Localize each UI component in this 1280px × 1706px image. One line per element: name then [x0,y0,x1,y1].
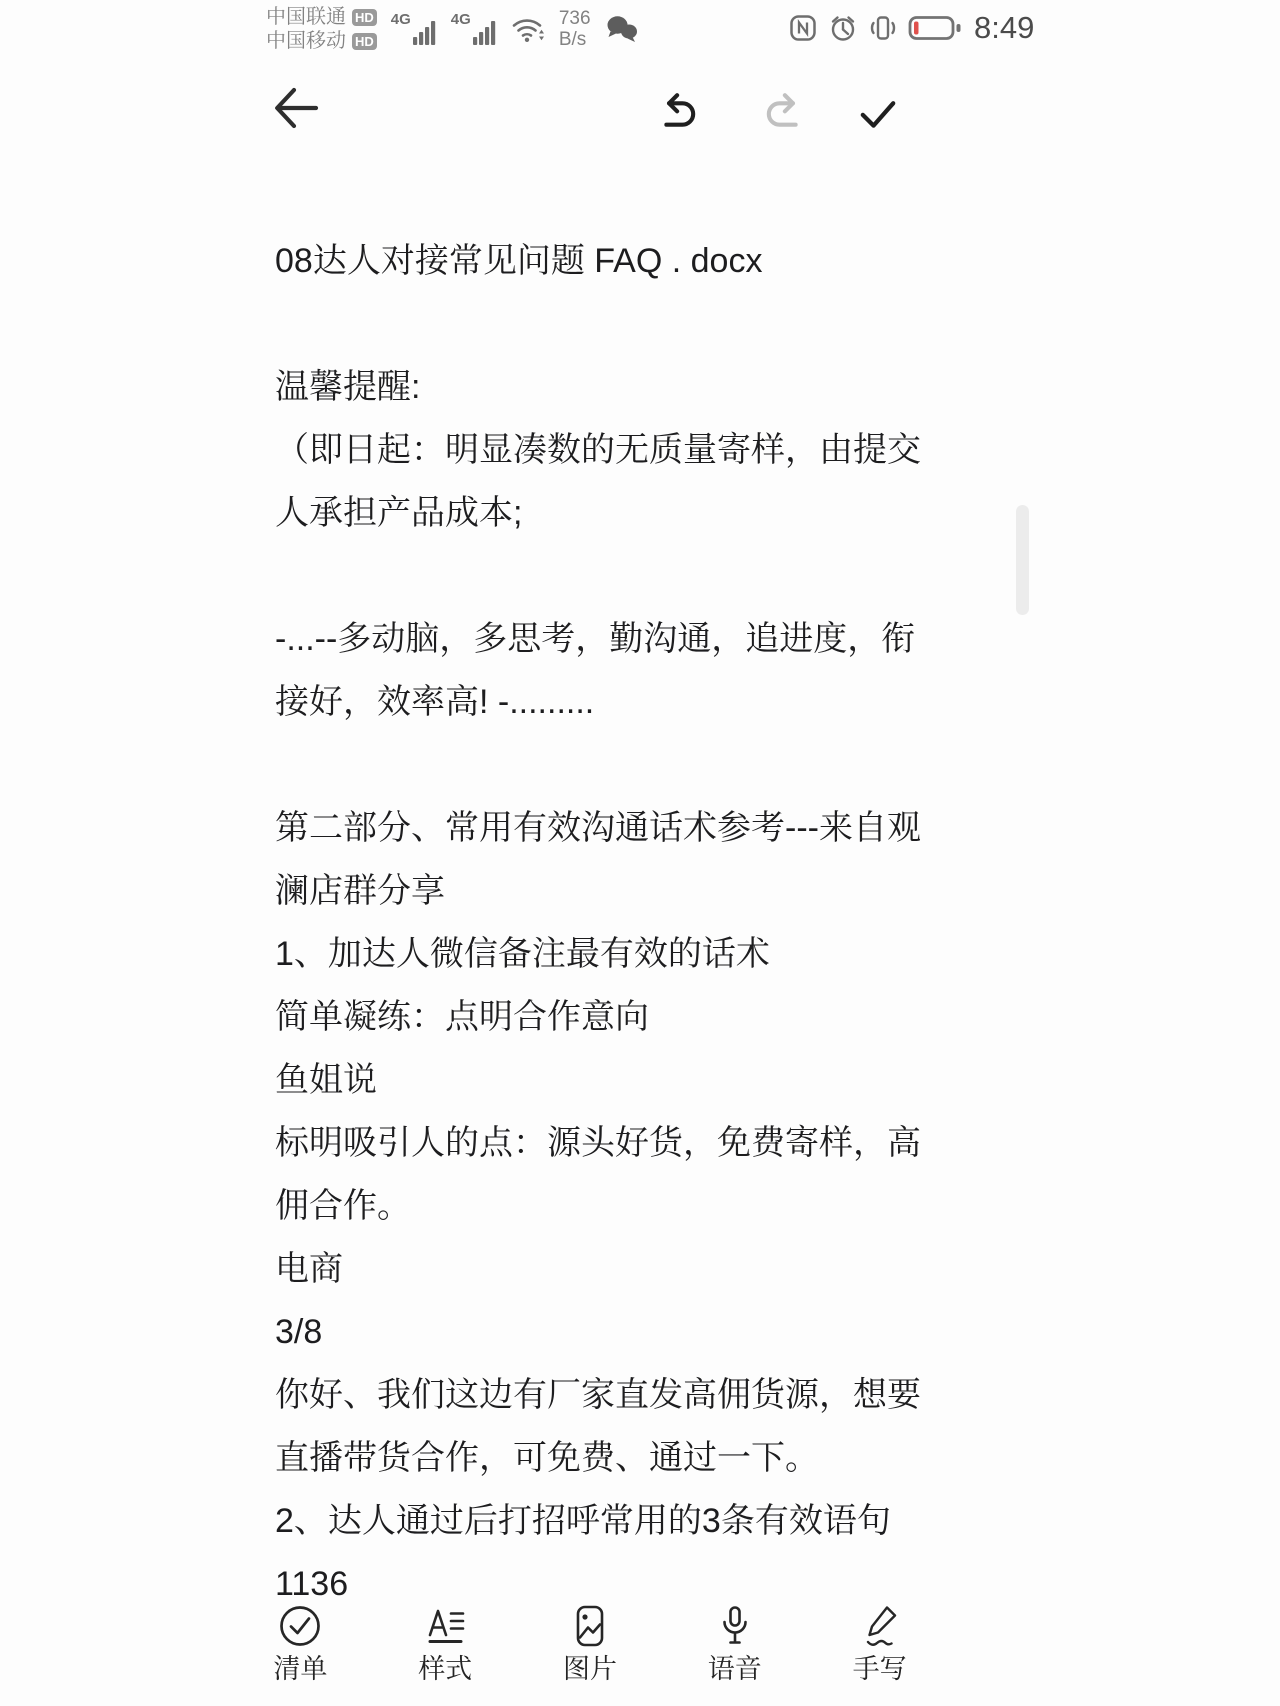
doc-line[interactable] [275,293,1020,356]
signal-group-2: 4G [451,13,497,45]
toolbar-item-checklist[interactable]: 清单 [228,1602,373,1683]
network-type-label: 4G [451,13,471,26]
speed-value: 736 [559,8,591,29]
bottom-toolbar: 清单 样式 [0,1596,1280,1706]
toolbar-item-style[interactable]: 样式 [373,1602,518,1683]
status-bar-left: 中国联通 HD 中国移动 HD 4G 4G [266,5,639,53]
toolbar-item-label: 清单 [273,1655,327,1683]
doc-line[interactable] [275,734,1020,797]
doc-line[interactable]: 鱼姐说 [275,1049,1020,1112]
microphone-icon [711,1602,759,1650]
status-bar-right: 8:49 [788,10,1034,46]
nfc-icon [788,13,818,43]
text-style-icon [421,1602,469,1650]
vibrate-icon [868,13,898,43]
hd-badge: HD [352,9,377,26]
toolbar-item-label: 样式 [418,1655,472,1683]
doc-line[interactable] [275,545,1020,608]
back-button[interactable] [268,80,324,136]
confirm-check-icon [853,89,903,139]
doc-line[interactable]: 标明吸引人的点：源头好货，免费寄样，高 [275,1112,1020,1175]
doc-line[interactable]: 3/8 [275,1301,1020,1364]
confirm-button[interactable] [850,86,906,142]
doc-line[interactable]: 08达人对接常见问题 FAQ . docx [275,230,1020,293]
doc-line[interactable]: 你好、我们这边有厂家直发高佣货源，想要 [275,1364,1020,1427]
doc-line[interactable]: 直播带货合作，可免费、通过一下。 [275,1427,1020,1490]
wechat-icon [605,14,639,44]
toolbar-item-label: 手写 [853,1655,907,1683]
redo-icon [759,89,809,139]
redo-button[interactable] [756,86,812,142]
doc-line[interactable]: 简单凝练：点明合作意向 [275,986,1020,1049]
battery-low-icon [908,14,962,42]
doc-line[interactable]: 接好，效率高! -......... [275,671,1020,734]
undo-button[interactable] [650,86,706,142]
status-time: 8:49 [974,10,1034,46]
carrier-2-name: 中国移动 [266,29,346,53]
doc-line[interactable]: 温馨提醒: [275,356,1020,419]
doc-line[interactable]: 电商 [275,1238,1020,1301]
toolbar-item-handwriting[interactable]: 手写 [807,1602,952,1683]
speed-unit: B/s [559,29,591,50]
signal-group-1: 4G [391,13,437,45]
doc-line[interactable]: 澜店群分享 [275,860,1020,923]
toolbar-item-voice[interactable]: 语音 [662,1602,807,1683]
toolbar-item-label: 图片 [563,1655,617,1683]
doc-line[interactable]: 佣合作。 [275,1175,1020,1238]
doc-line[interactable]: 2、达人通过后打招呼常用的3条有效语句 [275,1490,1020,1553]
alarm-icon [828,13,858,43]
doc-line[interactable]: 1、加达人微信备注最有效的话术 [275,923,1020,986]
undo-icon [653,89,703,139]
network-speed: 736 B/s [559,8,591,50]
hd-badge: HD [352,33,377,50]
carrier-1-name: 中国联通 [266,5,346,29]
doc-line[interactable]: 人承担产品成本; [275,482,1020,545]
wifi-icon [511,14,545,44]
network-type-label: 4G [391,13,411,26]
doc-line[interactable]: -...--多动脑，多思考，勤沟通，追进度，衔 [275,608,1020,671]
checklist-icon [276,1602,324,1650]
note-editor-content[interactable]: 08达人对接常见问题 FAQ . docx温馨提醒:（即日起：明显凑数的无质量寄… [275,230,1020,1616]
doc-line[interactable]: （即日起：明显凑数的无质量寄样，由提交 [275,419,1020,482]
carrier-labels: 中国联通 HD 中国移动 HD [266,5,377,53]
toolbar-item-image[interactable]: 图片 [518,1602,663,1683]
scrollbar-thumb[interactable] [1016,505,1029,615]
doc-line[interactable]: 第二部分、常用有效沟通话术参考---来自观 [275,797,1020,860]
toolbar-item-label: 语音 [708,1655,762,1683]
signal-bars-icon [413,18,437,45]
image-icon [566,1602,614,1650]
back-arrow-icon [268,80,324,136]
handwriting-pen-icon [856,1602,904,1650]
signal-bars-icon [473,18,497,45]
